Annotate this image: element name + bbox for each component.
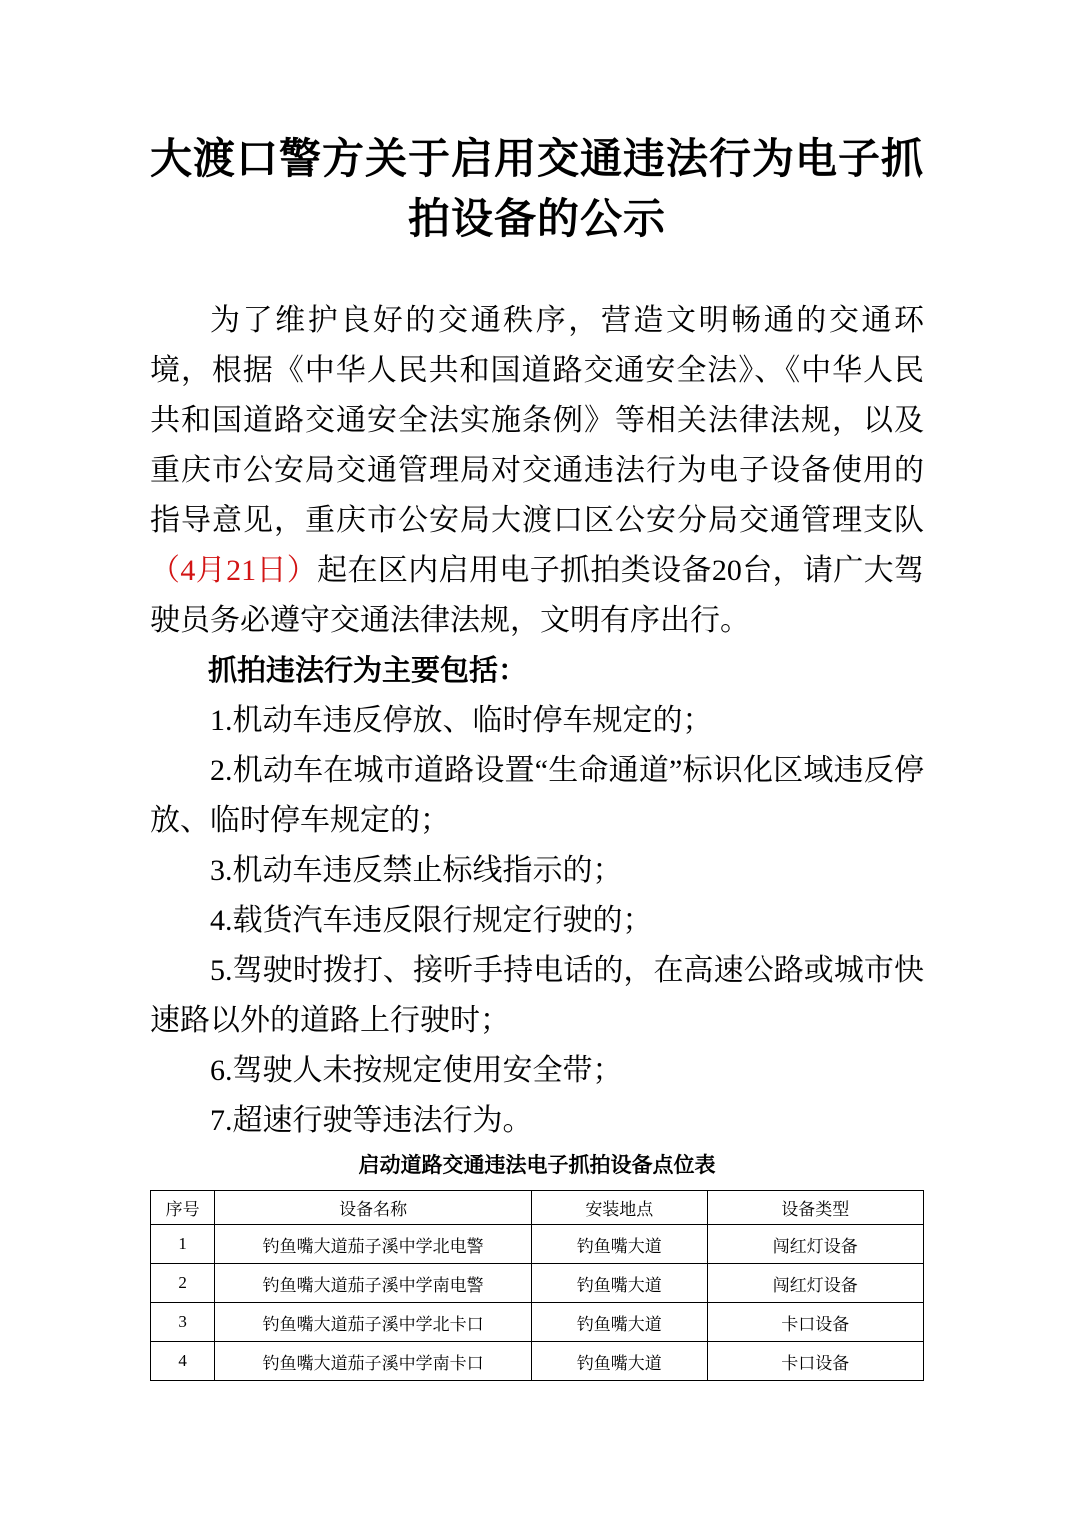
list-item: 6.驾驶人未按规定使用安全带；	[150, 1046, 924, 1096]
table-row: 3 钓鱼嘴大道茄子溪中学北卡口 钓鱼嘴大道 卡口设备	[151, 1303, 924, 1342]
cell-name: 钓鱼嘴大道茄子溪中学南卡口	[215, 1342, 532, 1381]
list-item: 1.机动车违反停放、临时停车规定的；	[150, 696, 924, 746]
cell-location: 钓鱼嘴大道	[532, 1342, 707, 1381]
list-item: 2.机动车在城市道路设置“生命通道”标识化区域违反停放、临时停车规定的；	[150, 746, 924, 846]
column-header-type: 设备类型	[707, 1191, 923, 1225]
table-row: 1 钓鱼嘴大道茄子溪中学北电警 钓鱼嘴大道 闯红灯设备	[151, 1225, 924, 1264]
intro-text-before-date: 为了维护良好的交通秩序，营造文明畅通的交通环境，根据《中华人民共和国道路交通安全…	[150, 304, 924, 537]
cell-location: 钓鱼嘴大道	[532, 1225, 707, 1264]
cell-type: 闯红灯设备	[707, 1264, 923, 1303]
table-caption: 启动道路交通违法电子抓拍设备点位表	[150, 1150, 924, 1180]
cell-type: 卡口设备	[707, 1342, 923, 1381]
cell-location: 钓鱼嘴大道	[532, 1264, 707, 1303]
cell-location: 钓鱼嘴大道	[532, 1303, 707, 1342]
intro-paragraph: 为了维护良好的交通秩序，营造文明畅通的交通环境，根据《中华人民共和国道路交通安全…	[150, 296, 924, 646]
cell-seq: 3	[151, 1303, 215, 1342]
cell-seq: 1	[151, 1225, 215, 1264]
list-item: 7.超速行驶等违法行为。	[150, 1096, 924, 1146]
document-page: 大渡口警方关于启用交通违法行为电子抓拍设备的公示 为了维护良好的交通秩序，营造文…	[0, 0, 1074, 1520]
cell-name: 钓鱼嘴大道茄子溪中学北电警	[215, 1225, 532, 1264]
cell-seq: 4	[151, 1342, 215, 1381]
device-points-table: 序号 设备名称 安装地点 设备类型 1 钓鱼嘴大道茄子溪中学北电警 钓鱼嘴大道 …	[150, 1190, 924, 1381]
table-header-row: 序号 设备名称 安装地点 设备类型	[151, 1191, 924, 1225]
intro-date-highlight: （4月21日）	[150, 554, 317, 587]
column-header-location: 安装地点	[532, 1191, 707, 1225]
cell-name: 钓鱼嘴大道茄子溪中学北卡口	[215, 1303, 532, 1342]
page-title: 大渡口警方关于启用交通违法行为电子抓拍设备的公示	[150, 130, 924, 250]
list-item: 5.驾驶时拨打、接听手持电话的，在高速公路或城市快速路以外的道路上行驶时；	[150, 946, 924, 1046]
list-item: 3.机动车违反禁止标线指示的；	[150, 846, 924, 896]
column-header-seq: 序号	[151, 1191, 215, 1225]
list-item: 4.载货汽车违反限行规定行驶的；	[150, 896, 924, 946]
cell-name: 钓鱼嘴大道茄子溪中学南电警	[215, 1264, 532, 1303]
table-row: 4 钓鱼嘴大道茄子溪中学南卡口 钓鱼嘴大道 卡口设备	[151, 1342, 924, 1381]
column-header-name: 设备名称	[215, 1191, 532, 1225]
cell-type: 卡口设备	[707, 1303, 923, 1342]
table-row: 2 钓鱼嘴大道茄子溪中学南电警 钓鱼嘴大道 闯红灯设备	[151, 1264, 924, 1303]
cell-seq: 2	[151, 1264, 215, 1303]
cell-type: 闯红灯设备	[707, 1225, 923, 1264]
violations-list-heading: 抓拍违法行为主要包括：	[150, 646, 924, 696]
